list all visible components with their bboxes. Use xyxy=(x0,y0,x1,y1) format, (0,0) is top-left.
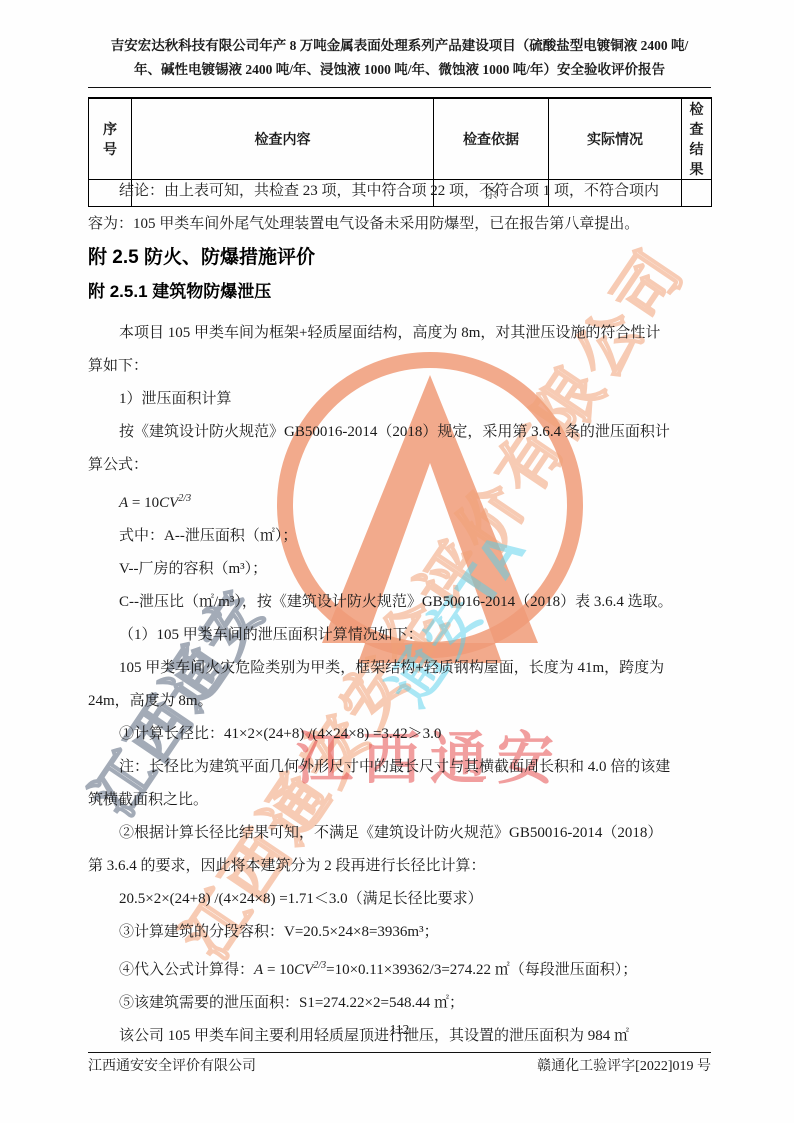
paragraph: 注：长径比为建筑平面几何外形尺寸中的最长尺寸与其横截面周长积和 4.0 倍的该建… xyxy=(88,751,711,817)
col-header-content: 检查内容 xyxy=(132,98,434,180)
paragraph: （1）105 甲类车间的泄压面积计算情况如下： xyxy=(88,619,711,652)
calc-step-4-paragraph: ④代入公式计算得：A = 10CV2/3=10×0.11×39362/3=274… xyxy=(88,949,711,987)
doc-title-line1: 吉安宏达秋科技有限公司年产 8 万吨金属表面处理系列产品建设项目（硫酸盐型电镀铜… xyxy=(88,34,711,58)
col-header-actual: 实际情况 xyxy=(549,98,682,180)
calc4-exponent: 2/3 xyxy=(313,960,326,971)
paragraph: 20.5×2×(24+8) /(4×24×8) =1.71＜3.0（满足长径比要… xyxy=(88,883,711,916)
calc4-var-a: A xyxy=(254,962,263,978)
paragraph: ③计算建筑的分段容积：V=20.5×24×8=3936m³； xyxy=(88,916,711,949)
document-body: 结论：由上表可知，共检查 23 项，其中符合项 22 项，不符合项 1 项，不符… xyxy=(88,175,711,1053)
paragraph: 式中：A--泄压面积（㎡）； xyxy=(88,520,711,553)
doc-header: 吉安宏达秋科技有限公司年产 8 万吨金属表面处理系列产品建设项目（硫酸盐型电镀铜… xyxy=(88,34,711,88)
conclusion-paragraph: 结论：由上表可知，共检查 23 项，其中符合项 22 项，不符合项 1 项，不符… xyxy=(88,175,711,241)
section-heading-2-5: 附 2.5 防火、防爆措施评价 xyxy=(88,241,711,275)
footer: 江西通安安全评价有限公司 赣通化工验评字[2022]019 号 xyxy=(88,1056,711,1078)
formula-a-10cv: A = 10CV2/3 xyxy=(88,482,711,520)
paragraph: C--泄压比（㎡/m³），按《建筑设计防火规范》GB50016-2014（201… xyxy=(88,586,711,619)
calc4-var-cv: CV xyxy=(294,962,313,978)
footer-company: 江西通安安全评价有限公司 xyxy=(88,1056,256,1078)
col-header-result: 检查 结果 xyxy=(682,98,712,180)
document-page: 江西通安安全评价有限公司 江西通安 通安TA 江西通安 吉安宏达秋科技有限公司年… xyxy=(0,0,794,1123)
paragraph: 按《建筑设计防火规范》GB50016-2014（2018）规定，采用第 3.6.… xyxy=(88,416,711,482)
paragraph: 105 甲类车间火灾危险类别为甲类，框架结构+轻质钢构屋面，长度为 41m，跨度… xyxy=(88,652,711,718)
formula-eq: = 10 xyxy=(128,495,159,511)
calc4-label: ④代入公式计算得： xyxy=(119,962,254,978)
section-heading-2-5-1: 附 2.5.1 建筑物防爆泄压 xyxy=(88,275,711,309)
paragraph: ①计算长径比：41×2×(24+8) /(4×24×8) =3.42＞3.0 xyxy=(88,718,711,751)
col-header-seq: 序 号 xyxy=(89,98,132,180)
col-header-basis: 检查依据 xyxy=(434,98,549,180)
formula-var-cv: CV xyxy=(159,495,178,511)
table-header-row: 序 号 检查内容 检查依据 实际情况 检查 结果 xyxy=(89,98,712,180)
paragraph: 本项目 105 甲类车间为框架+轻质屋面结构，高度为 8m，对其泄压设施的符合性… xyxy=(88,317,711,383)
doc-title-line2: 年、碱性电镀锡液 2400 吨/年、浸蚀液 1000 吨/年、微蚀液 1000 … xyxy=(88,58,711,82)
calc4-rest: =10×0.11×39362/3=274.22 ㎡（每段泄压面积）； xyxy=(326,962,637,978)
footer-doc-number: 赣通化工验评字[2022]019 号 xyxy=(537,1056,711,1078)
paragraph: ⑤该建筑需要的泄压面积：S1=274.22×2=548.44 ㎡； xyxy=(88,987,711,1020)
paragraph: ②根据计算长径比结果可知，不满足《建筑设计防火规范》GB50016-2014（2… xyxy=(88,817,711,883)
formula-exponent: 2/3 xyxy=(178,493,191,504)
calc4-eq: = 10 xyxy=(263,962,294,978)
formula-var-a: A xyxy=(119,495,128,511)
paragraph: V--厂房的容积（m³）； xyxy=(88,553,711,586)
footer-divider xyxy=(88,1052,711,1053)
page-number: 112 xyxy=(88,1022,711,1038)
paragraph: 1）泄压面积计算 xyxy=(88,383,711,416)
